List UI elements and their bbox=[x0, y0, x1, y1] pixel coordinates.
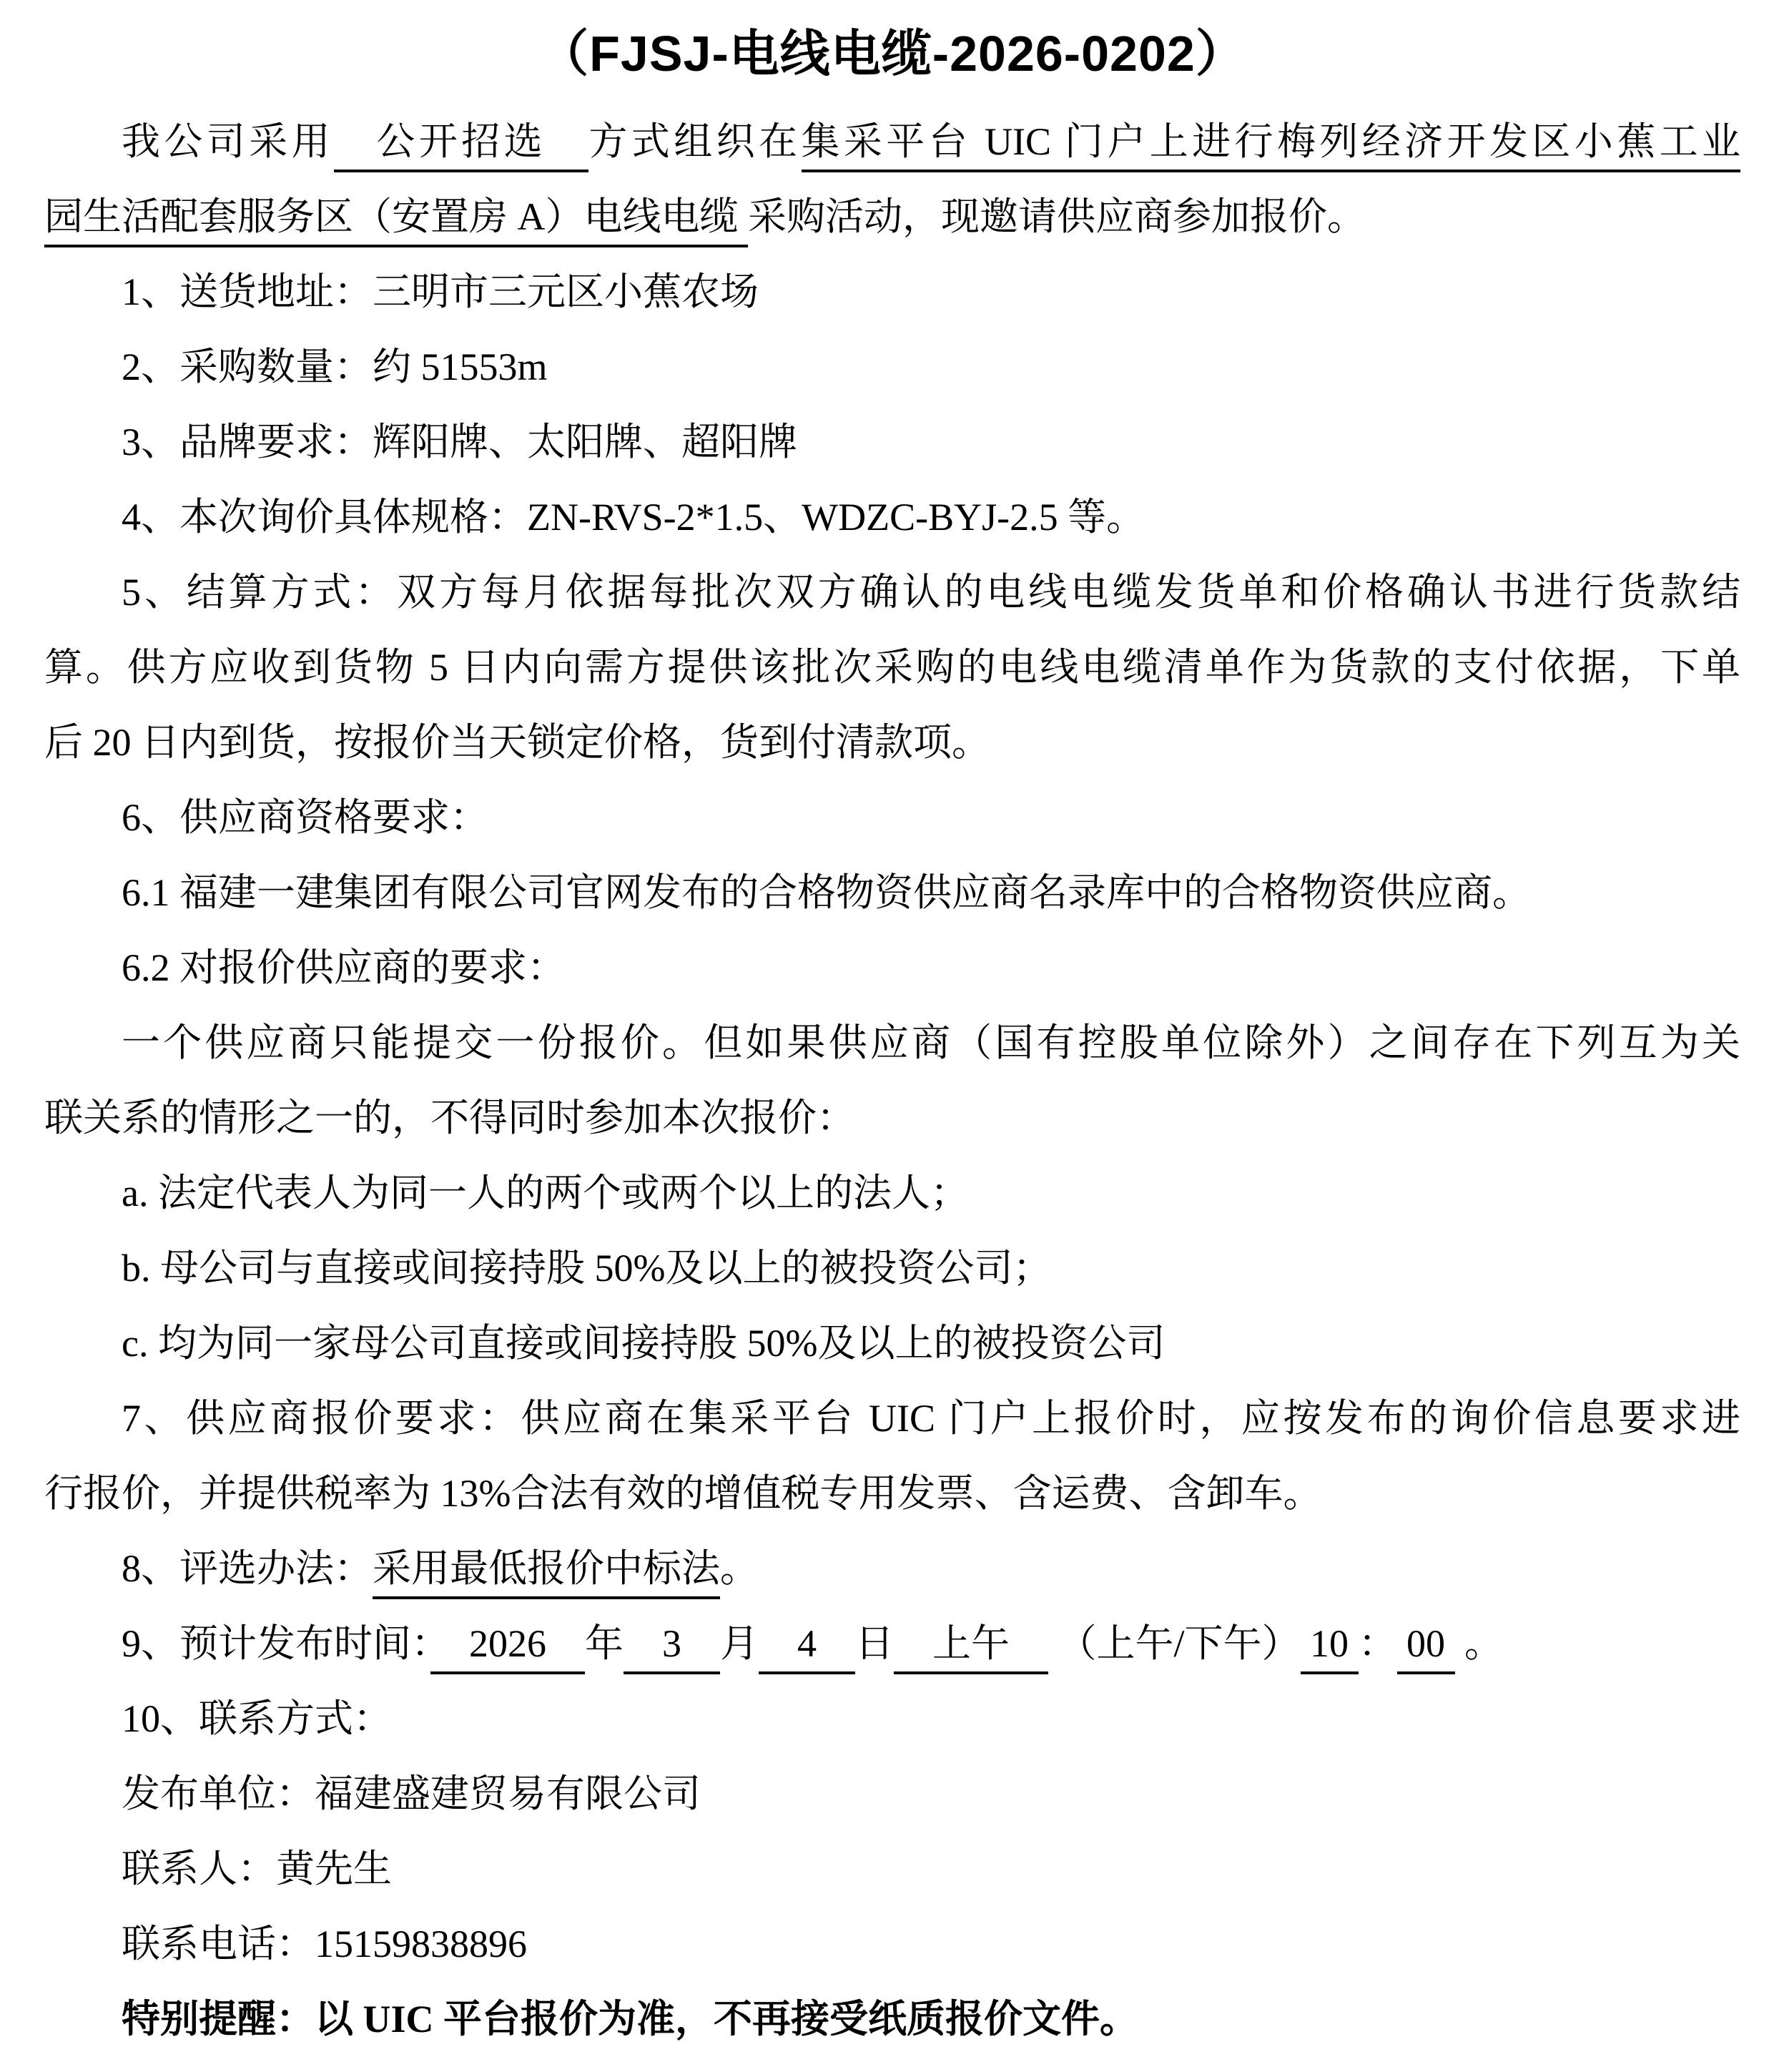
text-segment: 行报价，并提供税率为 13%合法有效的增值税专用发票、含运费、含卸车。 bbox=[44, 1472, 1321, 1515]
text-segment: c. 均为同一家母公司直接或间接持股 50%及以上的被投资公司 bbox=[122, 1322, 1165, 1365]
text-segment: 特别提醒：以 UIC 平台报价为准，不再接受纸质报价文件。 bbox=[122, 1998, 1138, 2041]
item-7-quote-line-2: 行报价，并提供税率为 13%合法有效的增值税专用发票、含运费、含卸车。 bbox=[44, 1456, 1740, 1531]
item-3-brands: 3、品牌要求：辉阳牌、太阳牌、超阳牌 bbox=[44, 405, 1740, 480]
text-segment: 我公司采用 bbox=[122, 120, 334, 163]
underlined-text: 园生活配套服务区（安置房 A）电线电缆 bbox=[44, 195, 748, 247]
underlined-text: 集采平台 UIC 门户上进行梅列经济开发区小蕉工业 bbox=[802, 120, 1741, 172]
underlined-text: 00 bbox=[1397, 1622, 1455, 1674]
underlined-text: 3 bbox=[624, 1622, 720, 1674]
text-segment: 1、送货地址：三明市三元区小蕉农场 bbox=[122, 270, 759, 313]
item-1-delivery-address: 1、送货地址：三明市三元区小蕉农场 bbox=[44, 255, 1740, 330]
special-reminder: 特别提醒：以 UIC 平台报价为准，不再接受纸质报价文件。 bbox=[44, 1982, 1740, 2057]
text-segment: 5、结算方式：双方每月依据每批次双方确认的电线电缆发货单和价格确认书进行货款结 bbox=[122, 571, 1740, 614]
text-segment: 10、联系方式： bbox=[122, 1697, 392, 1740]
item-8-selection-method: 8、评选办法：采用最低报价中标法。 bbox=[44, 1531, 1740, 1606]
text-segment: 4、本次询价具体规格：ZN-RVS-2*1.5、WDZC-BYJ-2.5 等。 bbox=[122, 496, 1145, 539]
text-segment: 月 bbox=[720, 1622, 759, 1665]
item-6-2-para-line-1: 一个供应商只能提交一份报价。但如果供应商（国有控股单位除外）之间存在下列互为关 bbox=[44, 1006, 1740, 1081]
publisher: 发布单位：福建盛建贸易有限公司 bbox=[44, 1757, 1740, 1832]
text-segment: 6、供应商资格要求： bbox=[122, 796, 488, 839]
text-segment: 一个供应商只能提交一份报价。但如果供应商（国有控股单位除外）之间存在下列互为关 bbox=[122, 1021, 1740, 1064]
underlined-text: 采用最低报价中标法 bbox=[373, 1547, 720, 1599]
item-2-quantity: 2、采购数量：约 51553m bbox=[44, 330, 1740, 405]
text-segment: 方式组织在 bbox=[588, 120, 801, 163]
text-segment: （上午/下午） bbox=[1048, 1622, 1301, 1665]
contact-phone: 联系电话：15159838896 bbox=[44, 1907, 1740, 1982]
text-segment: 2、采购数量：约 51553m bbox=[122, 345, 548, 388]
text-segment: 日 bbox=[855, 1622, 894, 1665]
text-segment: 。 bbox=[1455, 1622, 1504, 1665]
item-5-settlement-line-1: 5、结算方式：双方每月依据每批次双方确认的电线电缆发货单和价格确认书进行货款结 bbox=[44, 555, 1740, 630]
item-6-qualification: 6、供应商资格要求： bbox=[44, 780, 1740, 855]
item-7-quote-line-1: 7、供应商报价要求：供应商在集采平台 UIC 门户上报价时，应按发布的询价信息要… bbox=[44, 1381, 1740, 1456]
text-segment: 3、品牌要求：辉阳牌、太阳牌、超阳牌 bbox=[122, 421, 797, 463]
underlined-text: 4 bbox=[759, 1622, 855, 1674]
item-5-settlement-line-2: 算。供方应收到货物 5 日内向需方提供该批次采购的电线电缆清单作为货款的支付依据… bbox=[44, 630, 1740, 705]
intro-line-1: 我公司采用 公开招选 方式组织在集采平台 UIC 门户上进行梅列经济开发区小蕉工… bbox=[44, 104, 1740, 180]
text-segment: ： bbox=[1359, 1622, 1397, 1665]
text-segment: 6.2 对报价供应商的要求： bbox=[122, 946, 566, 989]
text-segment: 6.1 福建一建集团有限公司官网发布的合格物资供应商名录库中的合格物资供应商。 bbox=[122, 871, 1531, 914]
text-segment: b. 母公司与直接或间接持股 50%及以上的被投资公司； bbox=[122, 1247, 1051, 1290]
item-6-2: 6.2 对报价供应商的要求： bbox=[44, 931, 1740, 1006]
text-segment: 后 20 日内到货，按报价当天锁定价格，货到付清款项。 bbox=[44, 721, 990, 764]
text-segment: 联系人：黄先生 bbox=[122, 1847, 392, 1890]
item-c: c. 均为同一家母公司直接或间接持股 50%及以上的被投资公司 bbox=[44, 1306, 1740, 1381]
underlined-text: 10 bbox=[1301, 1622, 1359, 1674]
text-segment: 7、供应商报价要求：供应商在集采平台 UIC 门户上报价时，应按发布的询价信息要… bbox=[122, 1397, 1740, 1440]
underlined-text: 公开招选 bbox=[334, 120, 588, 172]
text-segment: 。 bbox=[720, 1547, 759, 1590]
text-segment: 联关系的情形之一的，不得同时参加本次报价： bbox=[44, 1096, 855, 1139]
contact-person: 联系人：黄先生 bbox=[44, 1832, 1740, 1907]
item-6-2-para-line-2: 联关系的情形之一的，不得同时参加本次报价： bbox=[44, 1081, 1740, 1156]
item-10-contact: 10、联系方式： bbox=[44, 1681, 1740, 1757]
item-4-specs: 4、本次询价具体规格：ZN-RVS-2*1.5、WDZC-BYJ-2.5 等。 bbox=[44, 480, 1740, 555]
item-6-1: 6.1 福建一建集团有限公司官网发布的合格物资供应商名录库中的合格物资供应商。 bbox=[44, 855, 1740, 931]
text-segment: 采购活动，现邀请供应商参加报价。 bbox=[748, 195, 1366, 238]
item-5-settlement-line-3: 后 20 日内到货，按报价当天锁定价格，货到付清款项。 bbox=[44, 705, 1740, 780]
item-9-publish-time: 9、预计发布时间： 2026 年 3 月 4 日 上午 （上午/下午） 10 ：… bbox=[44, 1606, 1740, 1681]
text-segment: 9、预计发布时间： bbox=[122, 1622, 430, 1665]
text-segment: 发布单位：福建盛建贸易有限公司 bbox=[122, 1772, 701, 1815]
text-segment: 8、评选办法： bbox=[122, 1547, 373, 1590]
text-segment: 年 bbox=[585, 1622, 624, 1665]
document-title: （FJSJ-电线电缆-2026-0202） bbox=[44, 10, 1740, 104]
document-page: （FJSJ-电线电缆-2026-0202） 我公司采用 公开招选 方式组织在集采… bbox=[0, 0, 1769, 2072]
text-segment: 算。供方应收到货物 5 日内向需方提供该批次采购的电线电缆清单作为货款的支付依据… bbox=[44, 646, 1740, 689]
item-b: b. 母公司与直接或间接持股 50%及以上的被投资公司； bbox=[44, 1231, 1740, 1306]
document-body: 我公司采用 公开招选 方式组织在集采平台 UIC 门户上进行梅列经济开发区小蕉工… bbox=[44, 104, 1740, 2057]
text-segment: a. 法定代表人为同一人的两个或两个以上的法人； bbox=[122, 1172, 969, 1214]
text-segment: 联系电话：15159838896 bbox=[122, 1923, 527, 1965]
intro-line-2: 园生活配套服务区（安置房 A）电线电缆 采购活动，现邀请供应商参加报价。 bbox=[44, 180, 1740, 255]
underlined-text: 上午 bbox=[894, 1622, 1048, 1674]
underlined-text: 2026 bbox=[430, 1622, 585, 1674]
item-a: a. 法定代表人为同一人的两个或两个以上的法人； bbox=[44, 1156, 1740, 1231]
